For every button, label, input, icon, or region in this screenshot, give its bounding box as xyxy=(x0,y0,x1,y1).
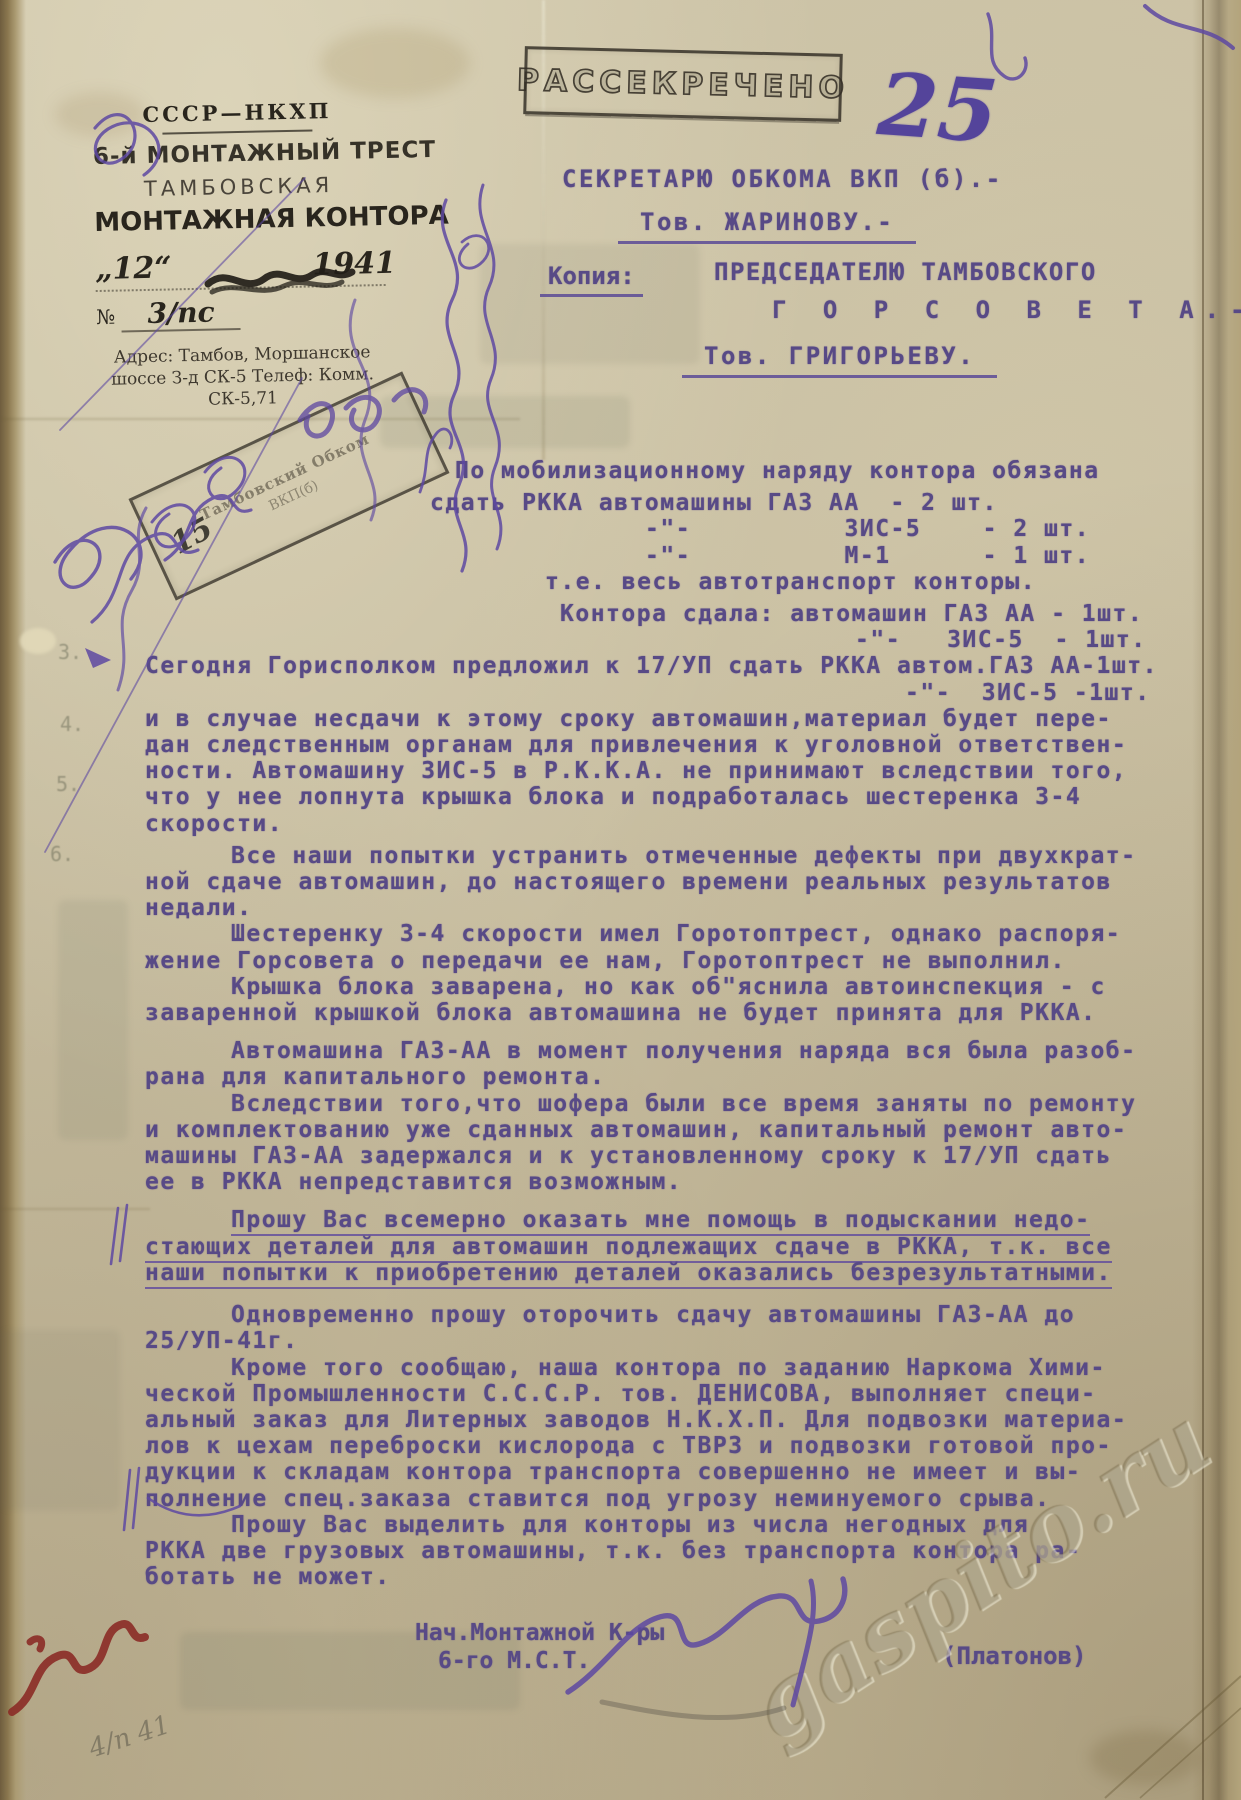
bleedthrough-number: 4. xyxy=(60,712,84,736)
copy-grigoriev-text: Тов. ГРИГОРЬЕВУ. xyxy=(682,342,997,378)
copy-label-text: Копия: xyxy=(540,262,643,297)
horizontal-crease-2 xyxy=(0,1208,150,1210)
typed-line: ной сдаче автомашин, до настоящего време… xyxy=(145,869,1145,895)
typed-line: -"- ЗИС-5 - 1шт. xyxy=(145,627,1145,653)
typed-line: недали. xyxy=(145,895,1145,921)
recipient-zharinov-text: Тов. ЖАРИНОВУ.- xyxy=(618,208,916,244)
letterhead-rule xyxy=(162,129,312,134)
typed-line: ее в РККА непредставится возможным. xyxy=(145,1169,1145,1195)
letterhead-date-line: „12“ 1941 xyxy=(95,246,386,292)
typed-line: ности. Автомашину ЗИС-5 в Р.К.К.А. не пр… xyxy=(145,758,1145,784)
typed-line: жение Горсовета о передачи ее нам, Горот… xyxy=(145,948,1145,974)
declassified-stamp-text: РАССЕКРЕЧЕНО xyxy=(517,62,850,105)
number-value-handwritten: 3/пс xyxy=(121,295,241,332)
margin-emphasis-mark xyxy=(124,1468,139,1530)
typed-line: и в случае несдачи к этому сроку автомаш… xyxy=(145,706,1145,732)
paper-stain xyxy=(320,28,470,98)
typed-line: ческой Промышленности С.С.С.Р. тов. ДЕНИ… xyxy=(145,1381,1145,1407)
typed-line: -"- М-1 - 1 шт. xyxy=(145,543,1145,569)
typed-line: По мобилизационному наряду контора обяза… xyxy=(145,458,1145,484)
letter-body: По мобилизационному наряду контора обяза… xyxy=(145,458,1145,1590)
paper-stain xyxy=(1090,1730,1200,1785)
copy-label: Копия: xyxy=(540,262,643,290)
typed-line-underlined: Прошу Вас всемерно оказать мне помощь в … xyxy=(145,1207,1145,1233)
typed-line: Контора сдала: автомашин ГАЗ АА - 1шт. xyxy=(145,601,1145,627)
underlined-text: наши попытки к приобретению деталей оказ… xyxy=(145,1260,1112,1289)
handwritten-page-number: 25 xyxy=(875,54,1001,163)
typed-line: Одновременно прошу оторочить сдачу автом… xyxy=(145,1302,1145,1328)
declassified-stamp: РАССЕКРЕЧЕНО xyxy=(523,46,843,122)
typed-line: дукции к складам контора транспорта сове… xyxy=(145,1459,1145,1485)
letterhead: СССР—НКХП 6-й МОНТАЖНЫЙ ТРЕСТ ТАМБОВСКАЯ… xyxy=(92,97,388,413)
copy-line-gorsovet: Г О Р С О В Е Т А.- xyxy=(772,296,1241,324)
recipient-line-zharinov: Тов. ЖАРИНОВУ.- xyxy=(618,208,916,236)
underlined-text: стающих деталей для автомашин подлежащих… xyxy=(145,1234,1112,1263)
page-spine-edge xyxy=(0,0,26,1800)
red-pencil-signature xyxy=(12,1624,145,1712)
typed-line: Все наши попытки устранить отмеченные де… xyxy=(145,843,1145,869)
letterhead-org-line2: МОНТАЖНАЯ КОНТОРА xyxy=(94,202,385,238)
number-label: № xyxy=(96,305,115,329)
bleedthrough-number: 5. xyxy=(56,772,80,796)
handwriting-stroke xyxy=(118,508,146,690)
typed-line: -"- ЗИС-5 - 2 шт. xyxy=(145,516,1145,542)
typed-line: сдать РККА автомашины ГАЗ АА - 2 шт. xyxy=(145,490,1145,516)
paper-chip xyxy=(20,628,56,654)
letterhead-number-line: № 3/пс xyxy=(96,292,387,331)
recipient-line-secretary: СЕКРЕТАРЮ ОБКОМА ВКП (б).- xyxy=(562,165,1003,193)
typed-line: Крышка блока заварена, но как об"яснила … xyxy=(145,974,1145,1000)
typed-line: альный заказ для Литерных заводов Н.К.Х.… xyxy=(145,1407,1145,1433)
typed-line: т.е. весь автотранспорт конторы. xyxy=(145,569,1145,595)
typed-line: дан следственным органам для привлечения… xyxy=(145,732,1145,758)
page-right-edge xyxy=(1192,0,1241,1800)
typed-line: -"- ЗИС-5 -1шт. xyxy=(145,680,1145,706)
signer-title-line2: 6-го М.С.Т. xyxy=(438,1648,590,1674)
typed-line: рана для капитального ремонта. xyxy=(145,1064,1145,1090)
copy-line-chairman: ПРЕДСЕДАТЕЛЮ ТАМБОВСКОГО xyxy=(714,258,1097,286)
letterhead-org-line1: ТАМБОВСКАЯ xyxy=(93,172,383,202)
typed-line: Кроме того сообщаю, наша контора по зада… xyxy=(145,1355,1145,1381)
bleedthrough-smudge xyxy=(0,1330,120,1510)
typed-line-underlined: наши попытки к приобретению деталей оказ… xyxy=(145,1260,1145,1286)
date-month-scrawl-gap xyxy=(182,275,302,278)
typed-line: заваренной крышкой блока автомашина не б… xyxy=(145,1000,1145,1026)
typed-line: Автомашина ГАЗ-АА в момент получения нар… xyxy=(145,1038,1145,1064)
letterhead-country-line: СССР—НКХП xyxy=(92,97,382,128)
copy-line-grigoriev: Тов. ГРИГОРЬЕВУ. xyxy=(682,342,997,370)
typed-line: 25/УП-41г. xyxy=(145,1328,1145,1354)
underlined-text: Прошу Вас всемерно оказать мне помощь в … xyxy=(231,1207,1090,1236)
handwriting-mark xyxy=(85,648,111,668)
pencil-date-note: 4/п 41 xyxy=(85,1710,174,1764)
signer-title-line1: Нач.Монтажной К-ры xyxy=(415,1620,664,1646)
margin-emphasis-mark xyxy=(111,1205,127,1264)
letterhead-trust-line: 6-й МОНТАЖНЫЙ ТРЕСТ xyxy=(93,138,383,170)
handwriting-stroke xyxy=(55,527,141,587)
date-year-handwritten: 1941 xyxy=(312,246,396,283)
document-page: 3. 4. 5. 6. СССР—НКХП 6-й МОНТАЖНЫЙ ТРЕС… xyxy=(0,0,1241,1800)
typed-line: машины ГАЗ-АА задержался и к установленн… xyxy=(145,1143,1145,1169)
red-pencil-mark xyxy=(30,1639,42,1649)
bleedthrough-number: 6. xyxy=(50,842,74,866)
typed-line: Шестеренку 3-4 скорости имел Горотоптрес… xyxy=(145,921,1145,947)
date-day-handwritten: „12“ xyxy=(95,250,172,287)
typed-line-underlined: стающих деталей для автомашин подлежащих… xyxy=(145,1234,1145,1260)
typed-line: Вследствии того,что шофера были все врем… xyxy=(145,1091,1145,1117)
typed-line: и комплектованию уже сданных автомашин, … xyxy=(145,1117,1145,1143)
typed-line: что у нее лопнута крышка блока и подрабо… xyxy=(145,784,1145,810)
bleedthrough-smudge xyxy=(58,900,128,1140)
typed-line: лов к цехам переброски кислорода с ТВРЗ … xyxy=(145,1433,1145,1459)
bleedthrough-number: 3. xyxy=(58,640,82,664)
typed-line: Сегодня Горисполком предложил к 17/УП сд… xyxy=(145,653,1145,679)
typed-line: скорости. xyxy=(145,811,1145,837)
page-edge-line xyxy=(1202,0,1204,1800)
